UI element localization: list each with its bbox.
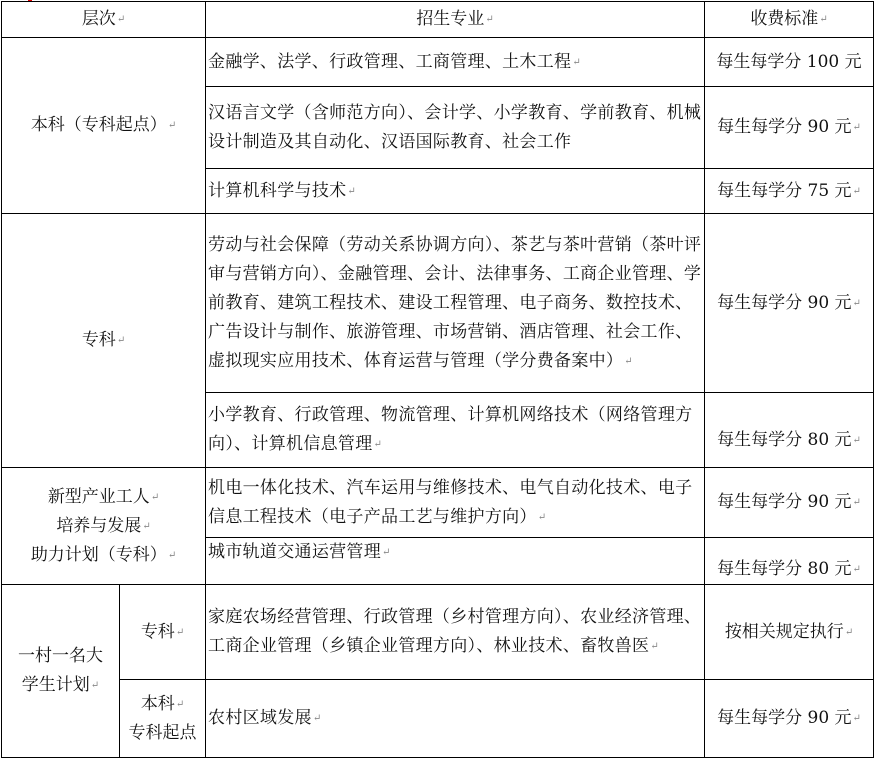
majors-cell: 城市轨道交通运营管理↵: [206, 538, 705, 585]
majors-cell: 机电一体化技术、汽车运用与维修技术、电气自动化技术、电子信息工程技术（电子产品工…: [206, 468, 705, 538]
table-row: 专科↵ 劳动与社会保障（劳动关系协调方向）、茶艺与茶叶营销（茶叶评审与营销方向）…: [2, 214, 874, 393]
level-cell-undergrad: 本科（专科起点）↵: [2, 38, 206, 214]
fee-cell: 每生每学分 90 元↵: [705, 87, 874, 169]
level-cell-village-student-plan: 一村一名大 学生计划↵: [2, 585, 120, 758]
fee-cell: 每生每学分 90 元↵: [705, 680, 874, 758]
table-row: 新型产业工人↵ 培养与发展↵ 助力计划（专科）↵ 机电一体化技术、汽车运用与维修…: [2, 468, 874, 538]
table-row: 本科↵ 专科起点 农村区域发展↵ 每生每学分 90 元↵: [2, 680, 874, 758]
level-cell-industrial-worker-plan: 新型产业工人↵ 培养与发展↵ 助力计划（专科）↵: [2, 468, 206, 585]
fee-cell: 每生每学分 80 元↵: [705, 393, 874, 468]
sublevel-cell-undergrad: 本科↵ 专科起点: [120, 680, 206, 758]
fee-cell: 每生每学分 90 元↵: [705, 468, 874, 538]
sublevel-cell-junior-college: 专科↵: [120, 585, 206, 680]
fee-cell: 每生每学分 100 元: [705, 38, 874, 87]
fee-cell: 每生每学分 90 元↵: [705, 214, 874, 393]
majors-cell: 金融学、法学、行政管理、工商管理、土木工程↵: [206, 38, 705, 87]
header-majors: 招生专业↵: [206, 2, 705, 38]
header-fee: 收费标准↵: [705, 2, 874, 38]
majors-cell: 汉语言文学（含师范方向）、会计学、小学教育、学前教育、机械设计制造及其自动化、汉…: [206, 87, 705, 169]
fee-cell: 按相关规定执行↵: [705, 585, 874, 680]
fee-cell: 每生每学分 80 元↵: [705, 538, 874, 585]
majors-cell: 农村区域发展↵: [206, 680, 705, 758]
majors-cell: 小学教育、行政管理、物流管理、计算机网络技术（网络管理方向）、计算机信息管理↵: [206, 393, 705, 468]
majors-cell: 劳动与社会保障（劳动关系协调方向）、茶艺与茶叶营销（茶叶评审与营销方向）、金融管…: [206, 214, 705, 393]
majors-cell: 家庭农场经营管理、行政管理（乡村管理方向）、农业经济管理、工商企业管理（乡镇企业…: [206, 585, 705, 680]
enrollment-fee-table: 层次↵ 招生专业↵ 收费标准↵ 本科（专科起点）↵ 金融学、法学、行政管理、工商…: [1, 1, 874, 758]
fee-cell: 每生每学分 75 元↵: [705, 169, 874, 214]
header-level: 层次↵: [2, 2, 206, 38]
table-row: 本科（专科起点）↵ 金融学、法学、行政管理、工商管理、土木工程↵ 每生每学分 1…: [2, 38, 874, 87]
majors-cell: 计算机科学与技术↵: [206, 169, 705, 214]
header-row: 层次↵ 招生专业↵ 收费标准↵: [2, 2, 874, 38]
level-cell-junior-college: 专科↵: [2, 214, 206, 468]
table-row: 一村一名大 学生计划↵ 专科↵ 家庭农场经营管理、行政管理（乡村管理方向）、农业…: [2, 585, 874, 680]
